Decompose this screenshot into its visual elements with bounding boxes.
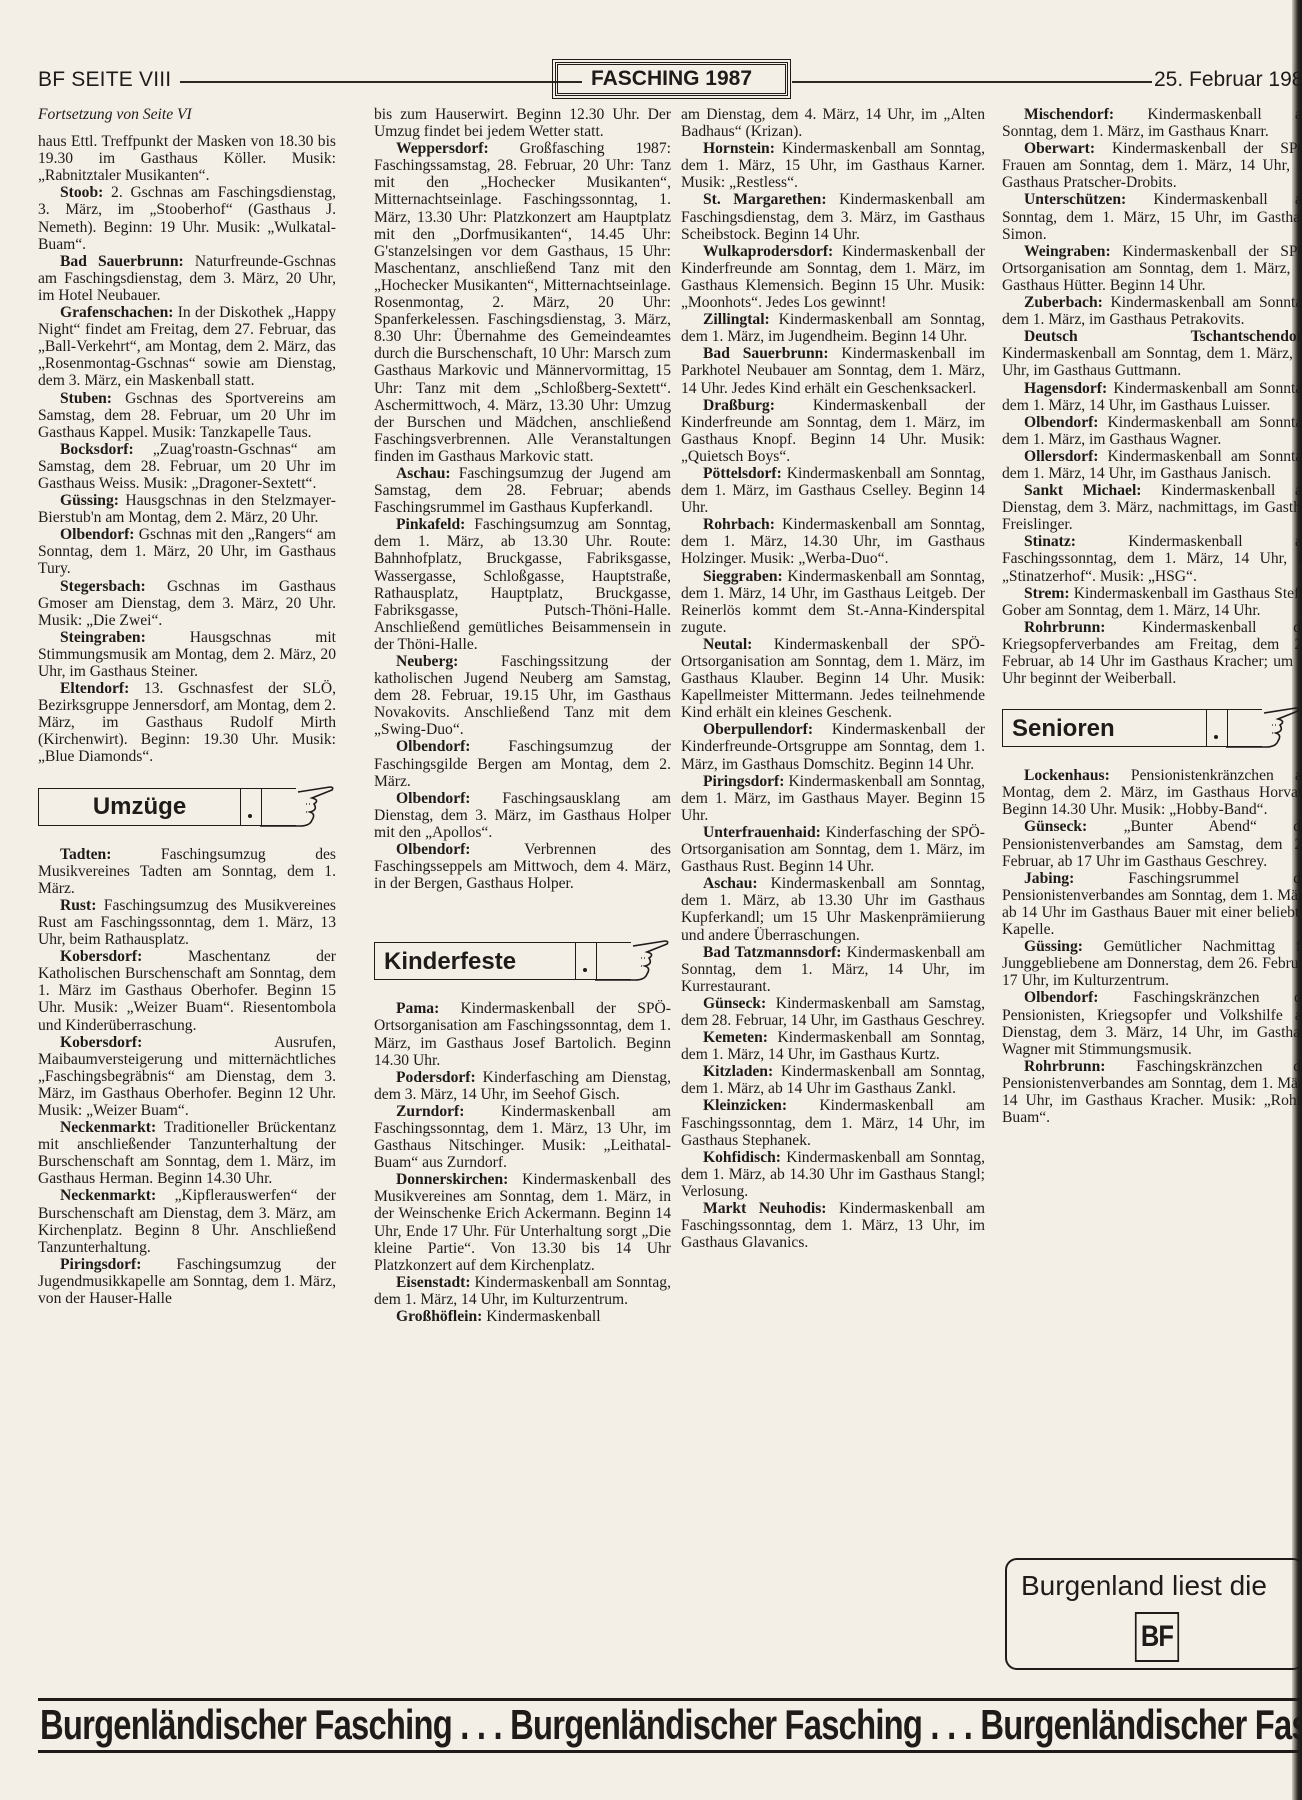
- place-name: Neuberg:: [396, 653, 458, 670]
- place-name: Neckenmarkt:: [60, 1187, 156, 1204]
- place-name: Oberpullendorf:: [703, 721, 813, 738]
- event-entry: Neckenmarkt: Traditioneller Brückentanz …: [38, 1119, 336, 1187]
- event-entry: Grafenschachen: In der Diskothek „Happy …: [38, 304, 336, 389]
- event-entry: Jabing: Faschingsrummel des Pensionisten…: [1002, 870, 1302, 938]
- event-entry: Steingraben: Hausgschnas mit Stimmungsmu…: [38, 629, 336, 680]
- place-name: Kobersdorf:: [60, 948, 142, 965]
- event-entry: Wulkaprodersdorf: Kindermaskenball der K…: [681, 243, 985, 311]
- event-entry: Olbendorf: Gschnas mit den „Rangers“ am …: [38, 526, 336, 577]
- umzuege-list: Tadten: Faschingsumzug des Musikvereines…: [38, 846, 336, 1308]
- place-name: Zurndorf:: [396, 1103, 464, 1120]
- event-description: Kindermaskenball: [482, 1308, 600, 1325]
- continued-text: am Dienstag, dem 4. März, 14 Uhr, im „Al…: [681, 106, 985, 140]
- place-name: Kitzladen:: [703, 1063, 773, 1080]
- event-entry: Kitzladen: Kindermaskenball am Sonntag, …: [681, 1063, 985, 1097]
- header-rule-left: [180, 81, 582, 83]
- place-name: Stoob:: [60, 184, 103, 201]
- event-entry: Strem: Kindermaskenball im Gasthaus Stef…: [1002, 585, 1302, 619]
- event-entry: Zurndorf: Kindermaskenball am Faschingss…: [374, 1103, 671, 1171]
- place-name: Weppersdorf:: [396, 140, 489, 157]
- section-banner-kinderfeste: Kinderfeste: [374, 942, 671, 982]
- event-entry: Aschau: Faschingsumzug der Jugend am Sam…: [374, 465, 671, 516]
- section-title: FASCHING 1987: [555, 62, 788, 96]
- place-name: Stegersbach:: [60, 578, 146, 595]
- place-name: Aschau:: [396, 465, 451, 482]
- kinderfeste-list: Pama: Kindermaskenball der SPÖ-Ortsorgan…: [374, 1000, 671, 1325]
- event-entry: Mischendorf: Kindermaskenball am Sonntag…: [1002, 106, 1302, 140]
- pointing-hand-icon: [260, 784, 336, 830]
- place-name: Stuben:: [60, 390, 112, 407]
- event-entry: Günseck: „Bunter Abend“ des Pensionisten…: [1002, 818, 1302, 869]
- place-name: Podersdorf:: [396, 1069, 476, 1086]
- event-entry: Rohrbrunn: Kindermaskenball des Kriegsop…: [1002, 619, 1302, 687]
- continuation-note: Fortsetzung von Seite VI: [38, 106, 336, 123]
- place-name: Tadten:: [60, 846, 111, 863]
- event-entry: Rust: Faschingsumzug des Musikvereines R…: [38, 897, 336, 948]
- event-entry: Neuberg: Faschingssitzung der katholisch…: [374, 653, 671, 738]
- event-entry: Kohfidisch: Kindermaskenball am Sonntag,…: [681, 1149, 985, 1200]
- event-entry: Güssing: Gemütlicher Nachmittag für Jung…: [1002, 938, 1302, 989]
- page-header: BF SEITE VIII FASCHING 1987 25. Februar …: [38, 62, 1302, 102]
- ad-slogan: Burgenland liest die: [1021, 1570, 1267, 1602]
- event-entry: Markt Neuhodis: Kindermaskenball am Fasc…: [681, 1200, 985, 1251]
- event-entry: Sieggraben: Kindermaskenball am Sonntag,…: [681, 568, 985, 636]
- banner-title: Kinderfeste: [374, 942, 576, 980]
- event-entry: Bad Tatzmannsdorf: Kindermaskenball am S…: [681, 944, 985, 995]
- event-entry: St. Margarethen: Kindermaskenball am Fas…: [681, 191, 985, 242]
- event-entry: Olbendorf: Faschingskränzchen der Pensio…: [1002, 989, 1302, 1057]
- place-name: Rust:: [60, 897, 96, 914]
- place-name: Aschau:: [703, 875, 758, 892]
- event-entry: Rohrbrunn: Faschingskränzchen des Pensio…: [1002, 1058, 1302, 1126]
- place-name: Oberwart:: [1024, 140, 1095, 157]
- event-entry: Stuben: Gschnas des Sportvereins am Sams…: [38, 390, 336, 441]
- place-name: Stinatz:: [1024, 533, 1076, 550]
- place-name: Jabing:: [1024, 870, 1074, 887]
- event-entry: Oberpullendorf: Kindermaskenball der Kin…: [681, 721, 985, 772]
- place-name: Olbendorf:: [396, 790, 471, 807]
- event-entry: Hornstein: Kindermaskenball am Sonntag, …: [681, 140, 985, 191]
- event-entry: Bad Sauerbrunn: Naturfreunde-Gschnas am …: [38, 253, 336, 304]
- column-2: bis zum Hauserwirt. Beginn 12.30 Uhr. De…: [374, 106, 671, 1325]
- place-name: Ollersdorf:: [1024, 448, 1098, 465]
- place-name: Olbendorf:: [1024, 989, 1099, 1006]
- place-name: Günseck:: [1024, 818, 1087, 835]
- section-banner-umzuege: Umzüge: [38, 788, 336, 828]
- place-name: Neckenmarkt:: [60, 1119, 156, 1136]
- event-entry: Pinkafeld: Faschingsumzug am Sonntag, de…: [374, 516, 671, 653]
- place-name: St. Margarethen:: [703, 191, 827, 208]
- event-list: Hornstein: Kindermaskenball am Sonntag, …: [681, 140, 985, 1251]
- place-name: Pöttelsdorf:: [703, 465, 782, 482]
- event-entry: Kemeten: Kindermaskenball am Sonntag, de…: [681, 1029, 985, 1063]
- event-entry: Draßburg: Kindermaskenball der Kinderfre…: [681, 397, 985, 465]
- place-name: Rohrbrunn:: [1024, 1058, 1105, 1075]
- place-name: Zillingtal:: [703, 311, 770, 328]
- place-name: Olbendorf:: [1024, 414, 1099, 431]
- place-name: Rohrbrunn:: [1024, 619, 1105, 636]
- column-1: Fortsetzung von Seite VI haus Ettl. Tref…: [38, 106, 336, 1307]
- place-name: Hagensdorf:: [1024, 380, 1107, 397]
- place-name: Zuberbach:: [1024, 294, 1103, 311]
- event-entry: Weingraben: Kindermaskenball der SPÖ-Ort…: [1002, 243, 1302, 294]
- place-name: Markt Neuhodis:: [703, 1200, 826, 1217]
- footer-banner: Burgenländischer Fasching . . . Burgenlä…: [40, 1702, 1302, 1748]
- event-entry: Pama: Kindermaskenball der SPÖ-Ortsorgan…: [374, 1000, 671, 1068]
- event-entry: Neckenmarkt: „Kipflerauswerfen“ der Burs…: [38, 1187, 336, 1255]
- event-entry: Stegersbach: Gschnas im Gasthaus Gmoser …: [38, 578, 336, 629]
- event-description: Großfasching 1987: Faschingssamstag, 28.…: [374, 140, 671, 465]
- banner-divider: [575, 942, 597, 980]
- event-entry: Piringsdorf: Kindermaskenball am Sonntag…: [681, 773, 985, 824]
- event-entry: Aschau: Kindermaskenball am Sonntag, dem…: [681, 875, 985, 943]
- place-name: Olbendorf:: [396, 738, 471, 755]
- place-name: Eltendorf:: [60, 680, 129, 697]
- place-name: Rohrbach:: [703, 516, 775, 533]
- event-entry: Kleinzicken: Kindermaskenball am Faschin…: [681, 1097, 985, 1148]
- event-entry: Olbendorf: Faschingsumzug der Faschingsg…: [374, 738, 671, 789]
- banner-title: Umzüge: [38, 788, 241, 826]
- event-entry: Unterschützen: Kindermaskenball am Sonnt…: [1002, 191, 1302, 242]
- continued-text: bis zum Hauserwirt. Beginn 12.30 Uhr. De…: [374, 106, 671, 140]
- event-entry: Podersdorf: Kinderfasching am Dienstag, …: [374, 1069, 671, 1103]
- place-name: Grafenschachen:: [60, 304, 173, 321]
- event-entry: Bad Sauerbrunn: Kindermaskenball im Park…: [681, 345, 985, 396]
- place-name: Eisenstadt:: [396, 1274, 471, 1291]
- continued-text: haus Ettl. Treffpunkt der Masken von 18.…: [38, 133, 336, 184]
- place-name: Hornstein:: [703, 140, 775, 157]
- event-entry: Zuberbach: Kindermaskenball am Sonntag, …: [1002, 294, 1302, 328]
- place-name: Strem:: [1024, 585, 1070, 602]
- place-name: Wulkaprodersdorf:: [703, 243, 833, 260]
- event-entry: Stinatz: Kindermaskenball am Faschingsso…: [1002, 533, 1302, 584]
- event-entry: Kobersdorf: Maschentanz der Katholischen…: [38, 948, 336, 1033]
- place-name: Sankt Michael:: [1024, 482, 1141, 499]
- place-name: Deutsch Tschantschendorf:: [1024, 328, 1302, 345]
- event-entry: Weppersdorf: Großfasching 1987: Fasching…: [374, 140, 671, 465]
- place-name: Piringsdorf:: [703, 773, 784, 790]
- place-name: Kleinzicken:: [703, 1097, 787, 1114]
- pointing-hand-icon: [1226, 705, 1302, 751]
- event-list: Mischendorf: Kindermaskenball am Sonntag…: [1002, 106, 1302, 687]
- footer-rule-bottom: [38, 1750, 1302, 1753]
- event-description: Kindermaskenball am Sonntag, dem 1. März…: [1002, 345, 1302, 379]
- place-name: Donnerskirchen:: [396, 1171, 508, 1188]
- issue-date: 25. Februar 1987: [1154, 68, 1302, 92]
- place-name: Olbendorf:: [60, 526, 135, 543]
- place-name: Olbendorf:: [396, 841, 471, 858]
- event-entry: Rohrbach: Kindermaskenball am Sonntag, d…: [681, 516, 985, 567]
- place-name: Unterschützen:: [1024, 191, 1126, 208]
- event-entry: Eltendorf: 13. Gschnasfest der SLÖ, Bezi…: [38, 680, 336, 765]
- banner-divider: [240, 788, 262, 826]
- place-name: Piringsdorf:: [60, 1256, 141, 1273]
- event-entry: Sankt Michael: Kindermaskenball am Diens…: [1002, 482, 1302, 533]
- event-entry: Kobersdorf: Ausrufen, Maibaumversteigeru…: [38, 1034, 336, 1119]
- banner-title: Senioren: [1002, 709, 1207, 747]
- place-name: Bad Tatzmannsdorf:: [703, 944, 842, 961]
- place-name: Weingraben:: [1024, 243, 1111, 260]
- event-entry: Olbendorf: Faschingsausklang am Dienstag…: [374, 790, 671, 841]
- event-entry: Olbendorf: Kindermaskenball am Sonntag, …: [1002, 414, 1302, 448]
- place-name: Draßburg:: [703, 397, 775, 414]
- header-rule-right: [792, 81, 1152, 83]
- place-name: Kohfidisch:: [703, 1149, 781, 1166]
- place-name: Pinkafeld:: [396, 516, 465, 533]
- place-name: Günseck:: [703, 995, 766, 1012]
- event-entry: Oberwart: Kindermaskenball der SPÖ-Fraue…: [1002, 140, 1302, 191]
- event-entry: Eisenstadt: Kindermaskenball am Sonntag,…: [374, 1274, 671, 1308]
- senioren-list: Lockenhaus: Pensionistenkränzchen am Mon…: [1002, 767, 1302, 1126]
- event-entry: Piringsdorf: Faschingsumzug der Jugendmu…: [38, 1256, 336, 1307]
- footer-rule-top: [38, 1698, 1302, 1701]
- event-entry: Hagensdorf: Kindermaskenball am Sonntag,…: [1002, 380, 1302, 414]
- bf-logo: BF: [1135, 1612, 1179, 1662]
- event-entry: Tadten: Faschingsumzug des Musikvereines…: [38, 846, 336, 897]
- place-name: Unterfrauenhaid:: [703, 824, 821, 841]
- place-name: Pama:: [396, 1000, 439, 1017]
- pointing-hand-icon: [595, 938, 671, 984]
- place-name: Neutal:: [703, 636, 752, 653]
- event-entry: Zillingtal: Kindermaskenball am Sonntag,…: [681, 311, 985, 345]
- event-entry: Bocksdorf: „Zuag'roastn-Gschnas“ am Sams…: [38, 441, 336, 492]
- page-number: BF SEITE VIII: [38, 68, 171, 92]
- event-entry: Güssing: Hausgschnas in den Stelzmayer-B…: [38, 492, 336, 526]
- event-entry: Günseck: Kindermaskenball am Samstag, de…: [681, 995, 985, 1029]
- place-name: Güssing:: [1024, 938, 1083, 955]
- place-name: Bocksdorf:: [60, 441, 134, 458]
- event-entry: Großhöflein: Kindermaskenball: [374, 1308, 671, 1325]
- event-entry: Stoob: 2. Gschnas am Faschingsdienstag, …: [38, 184, 336, 252]
- event-entry: Lockenhaus: Pensionistenkränzchen am Mon…: [1002, 767, 1302, 818]
- place-name: Steingraben:: [60, 629, 146, 646]
- place-name: Lockenhaus:: [1024, 767, 1110, 784]
- event-list: Stoob: 2. Gschnas am Faschingsdienstag, …: [38, 184, 336, 765]
- event-entry: Unterfrauenhaid: Kinderfasching der SPÖ-…: [681, 824, 985, 875]
- event-entry: Olbendorf: Verbrennen des Faschingsseppe…: [374, 841, 671, 892]
- event-description: Faschingsumzug am Sonntag, dem 1. März, …: [374, 516, 671, 653]
- event-entry: Ollersdorf: Kindermaskenball am Sonntag,…: [1002, 448, 1302, 482]
- place-name: Mischendorf:: [1024, 106, 1114, 123]
- place-name: Güssing:: [60, 492, 119, 509]
- section-banner-senioren: Senioren: [1002, 709, 1302, 749]
- event-entry: Pöttelsdorf: Kindermaskenball am Sonntag…: [681, 465, 985, 516]
- event-entry: Deutsch Tschantschendorf: Kindermaskenba…: [1002, 328, 1302, 379]
- place-name: Großhöflein:: [396, 1308, 482, 1325]
- place-name: Sieggraben:: [703, 568, 783, 585]
- place-name: Bad Sauerbrunn:: [703, 345, 829, 362]
- place-name: Kemeten:: [703, 1029, 768, 1046]
- event-entry: Neutal: Kindermaskenball der SPÖ-Ortsorg…: [681, 636, 985, 721]
- column-4: Mischendorf: Kindermaskenball am Sonntag…: [1002, 106, 1302, 1686]
- newspaper-ad: Burgenland liest die BF: [1005, 1558, 1302, 1670]
- place-name: Bad Sauerbrunn:: [60, 253, 184, 270]
- event-entry: Donnerskirchen: Kindermaskenball des Mus…: [374, 1171, 671, 1274]
- banner-divider: [1206, 709, 1228, 747]
- place-name: Kobersdorf:: [60, 1034, 142, 1051]
- column-3: am Dienstag, dem 4. März, 14 Uhr, im „Al…: [681, 106, 985, 1251]
- event-list: Weppersdorf: Großfasching 1987: Fasching…: [374, 140, 671, 892]
